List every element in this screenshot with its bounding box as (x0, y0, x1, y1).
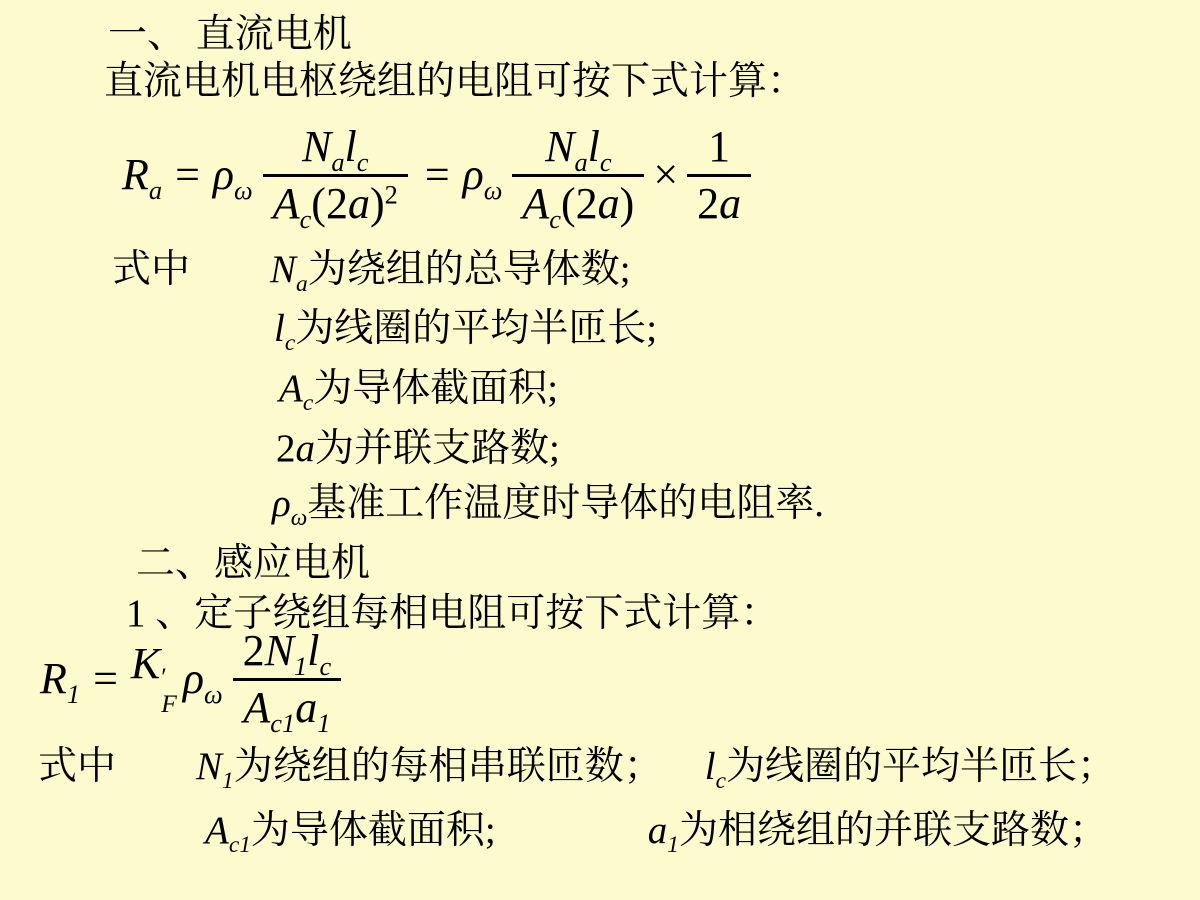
def-symbol: N (270, 248, 296, 291)
def-symbol-pre: 2 (276, 427, 296, 470)
var-l: l (307, 626, 319, 675)
var-l-sub: c (319, 651, 331, 681)
def-text: 为线圈的平均半匝长; (295, 307, 657, 350)
formula2-lhs: R1 (40, 654, 80, 705)
var-K-prime: ′ (161, 664, 167, 691)
fraction-4: 2N1lc Ac1a1 (233, 628, 342, 731)
var-rho: ρ (183, 654, 204, 703)
fraction-1: Nalc Ac(2a)2 (263, 124, 408, 227)
paren-close: ) (620, 179, 635, 228)
var-A-sub: c (300, 204, 312, 234)
equals-sign: = (425, 150, 450, 201)
def-symbol-wrap: a1为相绕组的并联支路数； (648, 809, 1108, 852)
fraction-3: 1 2a (687, 124, 751, 227)
sec1-where-row: 式中Na为绕组的总导体数; (112, 247, 631, 294)
def-text: 为相绕组的并联支路数； (679, 809, 1108, 852)
digit-two: 2 (243, 626, 265, 675)
def-text: 为绕组的每相串联匝数； (234, 745, 663, 788)
exponent-two: 2 (385, 180, 398, 210)
def-symbol-sub: 1 (222, 768, 234, 794)
var-A-sub: c1 (270, 708, 295, 738)
formula-dc-armature-resistance: Ra = ρω Nalc Ac(2a)2 = ρω Nalc Ac(2a) × … (122, 124, 755, 227)
coefficient-K: K′F (131, 639, 183, 721)
fraction-3-denominator: 2a (687, 174, 751, 227)
var-K: K (131, 639, 160, 688)
digit-two: 2 (326, 179, 348, 228)
equals-sign: = (175, 150, 200, 201)
def-symbol-sub: ω (291, 505, 308, 531)
var-a: a (719, 179, 741, 228)
def-symbol-sub: c (303, 390, 313, 416)
var-rho-sub: ω (484, 175, 503, 205)
var-K-sub: F (161, 691, 177, 718)
def-symbol: N (196, 745, 222, 788)
fraction-3-numerator: 1 (687, 124, 751, 174)
where-label: 式中 (38, 745, 116, 788)
fraction-2-denominator: Ac(2a) (512, 174, 644, 227)
paren-open: ( (311, 179, 326, 228)
def-symbol: a (648, 809, 668, 852)
var-l: l (588, 122, 600, 171)
sec2-where-row1: 式中N1为绕组的每相串联匝数；lc为线圈的平均半匝长； (38, 744, 1116, 791)
var-A: A (243, 683, 270, 732)
paren-close: ) (370, 179, 385, 228)
section2-heading: 二、感应电机 (136, 541, 370, 588)
fraction-2: Nalc Ac(2a) (512, 124, 644, 227)
var-R: R (40, 654, 67, 703)
var-a-sub: 1 (317, 708, 330, 738)
digit-one: 1 (708, 122, 730, 171)
var-R-sub: a (149, 175, 162, 205)
var-rho-sub: ω (204, 679, 223, 709)
var-rho: ρ (213, 150, 234, 199)
def-symbol: l (705, 745, 716, 788)
digit-two: 2 (697, 179, 719, 228)
def-text: 为导体截面积; (251, 809, 496, 852)
var-l-sub: c (600, 147, 612, 177)
sec1-def-lc: lc为线圈的平均半匝长; (274, 306, 657, 353)
def-symbol: A (205, 809, 229, 852)
rho-omega: ρω (183, 654, 223, 705)
def-symbol-sub: c (285, 330, 295, 356)
def-text: 为导体截面积; (313, 367, 558, 410)
def-text: 为绕组的总导体数; (308, 248, 631, 291)
fraction-1-numerator: Nalc (263, 124, 408, 174)
equals-sign: = (93, 654, 118, 705)
formula-stator-phase-resistance: R1 = K′F ρω 2N1lc Ac1a1 (40, 628, 345, 731)
def-symbol-sub: c (716, 768, 726, 794)
digit-two: 2 (576, 179, 598, 228)
def-symbol: l (274, 307, 285, 350)
var-rho-sub: ω (234, 175, 253, 205)
var-N-sub: 1 (294, 651, 307, 681)
section1-intro: 直流电机电枢绕组的电阻可按下式计算： (104, 59, 806, 106)
sec1-def-rho: ρω基准工作温度时导体的电阻率. (272, 481, 824, 528)
section1-heading: 一、 直流电机 (108, 12, 352, 59)
def-text: 为线圈的平均半匝长； (726, 745, 1116, 788)
rho-omega: ρω (213, 150, 253, 201)
multiplication-sign: × (653, 150, 678, 201)
formula1-lhs: Ra (122, 150, 162, 201)
var-A: A (273, 179, 300, 228)
var-l-sub: c (357, 147, 369, 177)
var-a: a (598, 179, 620, 228)
rho-omega: ρω (463, 150, 503, 201)
var-l: l (345, 122, 357, 171)
var-N: N (302, 122, 331, 171)
def-symbol-sub: c1 (229, 832, 251, 858)
paren-open: ( (561, 179, 576, 228)
var-N: N (545, 122, 574, 171)
sec2-where-row2: Ac1为导体截面积;a1为相绕组的并联支路数； (205, 808, 1108, 855)
var-A-sub: c (549, 204, 561, 234)
fraction-4-numerator: 2N1lc (233, 628, 342, 678)
def-symbol: a (296, 427, 316, 470)
sec1-def-ac: Ac为导体截面积; (279, 366, 558, 413)
fraction-2-numerator: Nalc (512, 124, 644, 174)
slide-canvas: 一、 直流电机 直流电机电枢绕组的电阻可按下式计算： Ra = ρω Nalc … (0, 0, 1200, 900)
def-text: 为并联支路数; (315, 427, 560, 470)
var-K-supsub: ′F (161, 664, 177, 718)
def-symbol-sub: a (296, 271, 308, 297)
var-R-sub: 1 (67, 679, 80, 709)
var-N-sub: a (574, 147, 587, 177)
def-symbol-wrap: lc为线圈的平均半匝长； (705, 745, 1116, 788)
where-label: 式中 (112, 248, 190, 291)
sec1-def-2a: 2a为并联支路数; (276, 426, 560, 473)
fraction-4-denominator: Ac1a1 (233, 678, 342, 731)
var-R: R (122, 150, 149, 199)
def-symbol: A (279, 367, 303, 410)
var-a: a (295, 683, 317, 732)
var-N: N (265, 626, 294, 675)
var-rho: ρ (463, 150, 484, 199)
var-A: A (522, 179, 549, 228)
def-symbol-sub: 1 (667, 832, 679, 858)
def-symbol: ρ (272, 482, 291, 525)
var-a: a (348, 179, 370, 228)
fraction-1-denominator: Ac(2a)2 (263, 174, 408, 227)
var-N-sub: a (331, 147, 344, 177)
def-text: 基准工作温度时导体的电阻率. (307, 482, 824, 525)
